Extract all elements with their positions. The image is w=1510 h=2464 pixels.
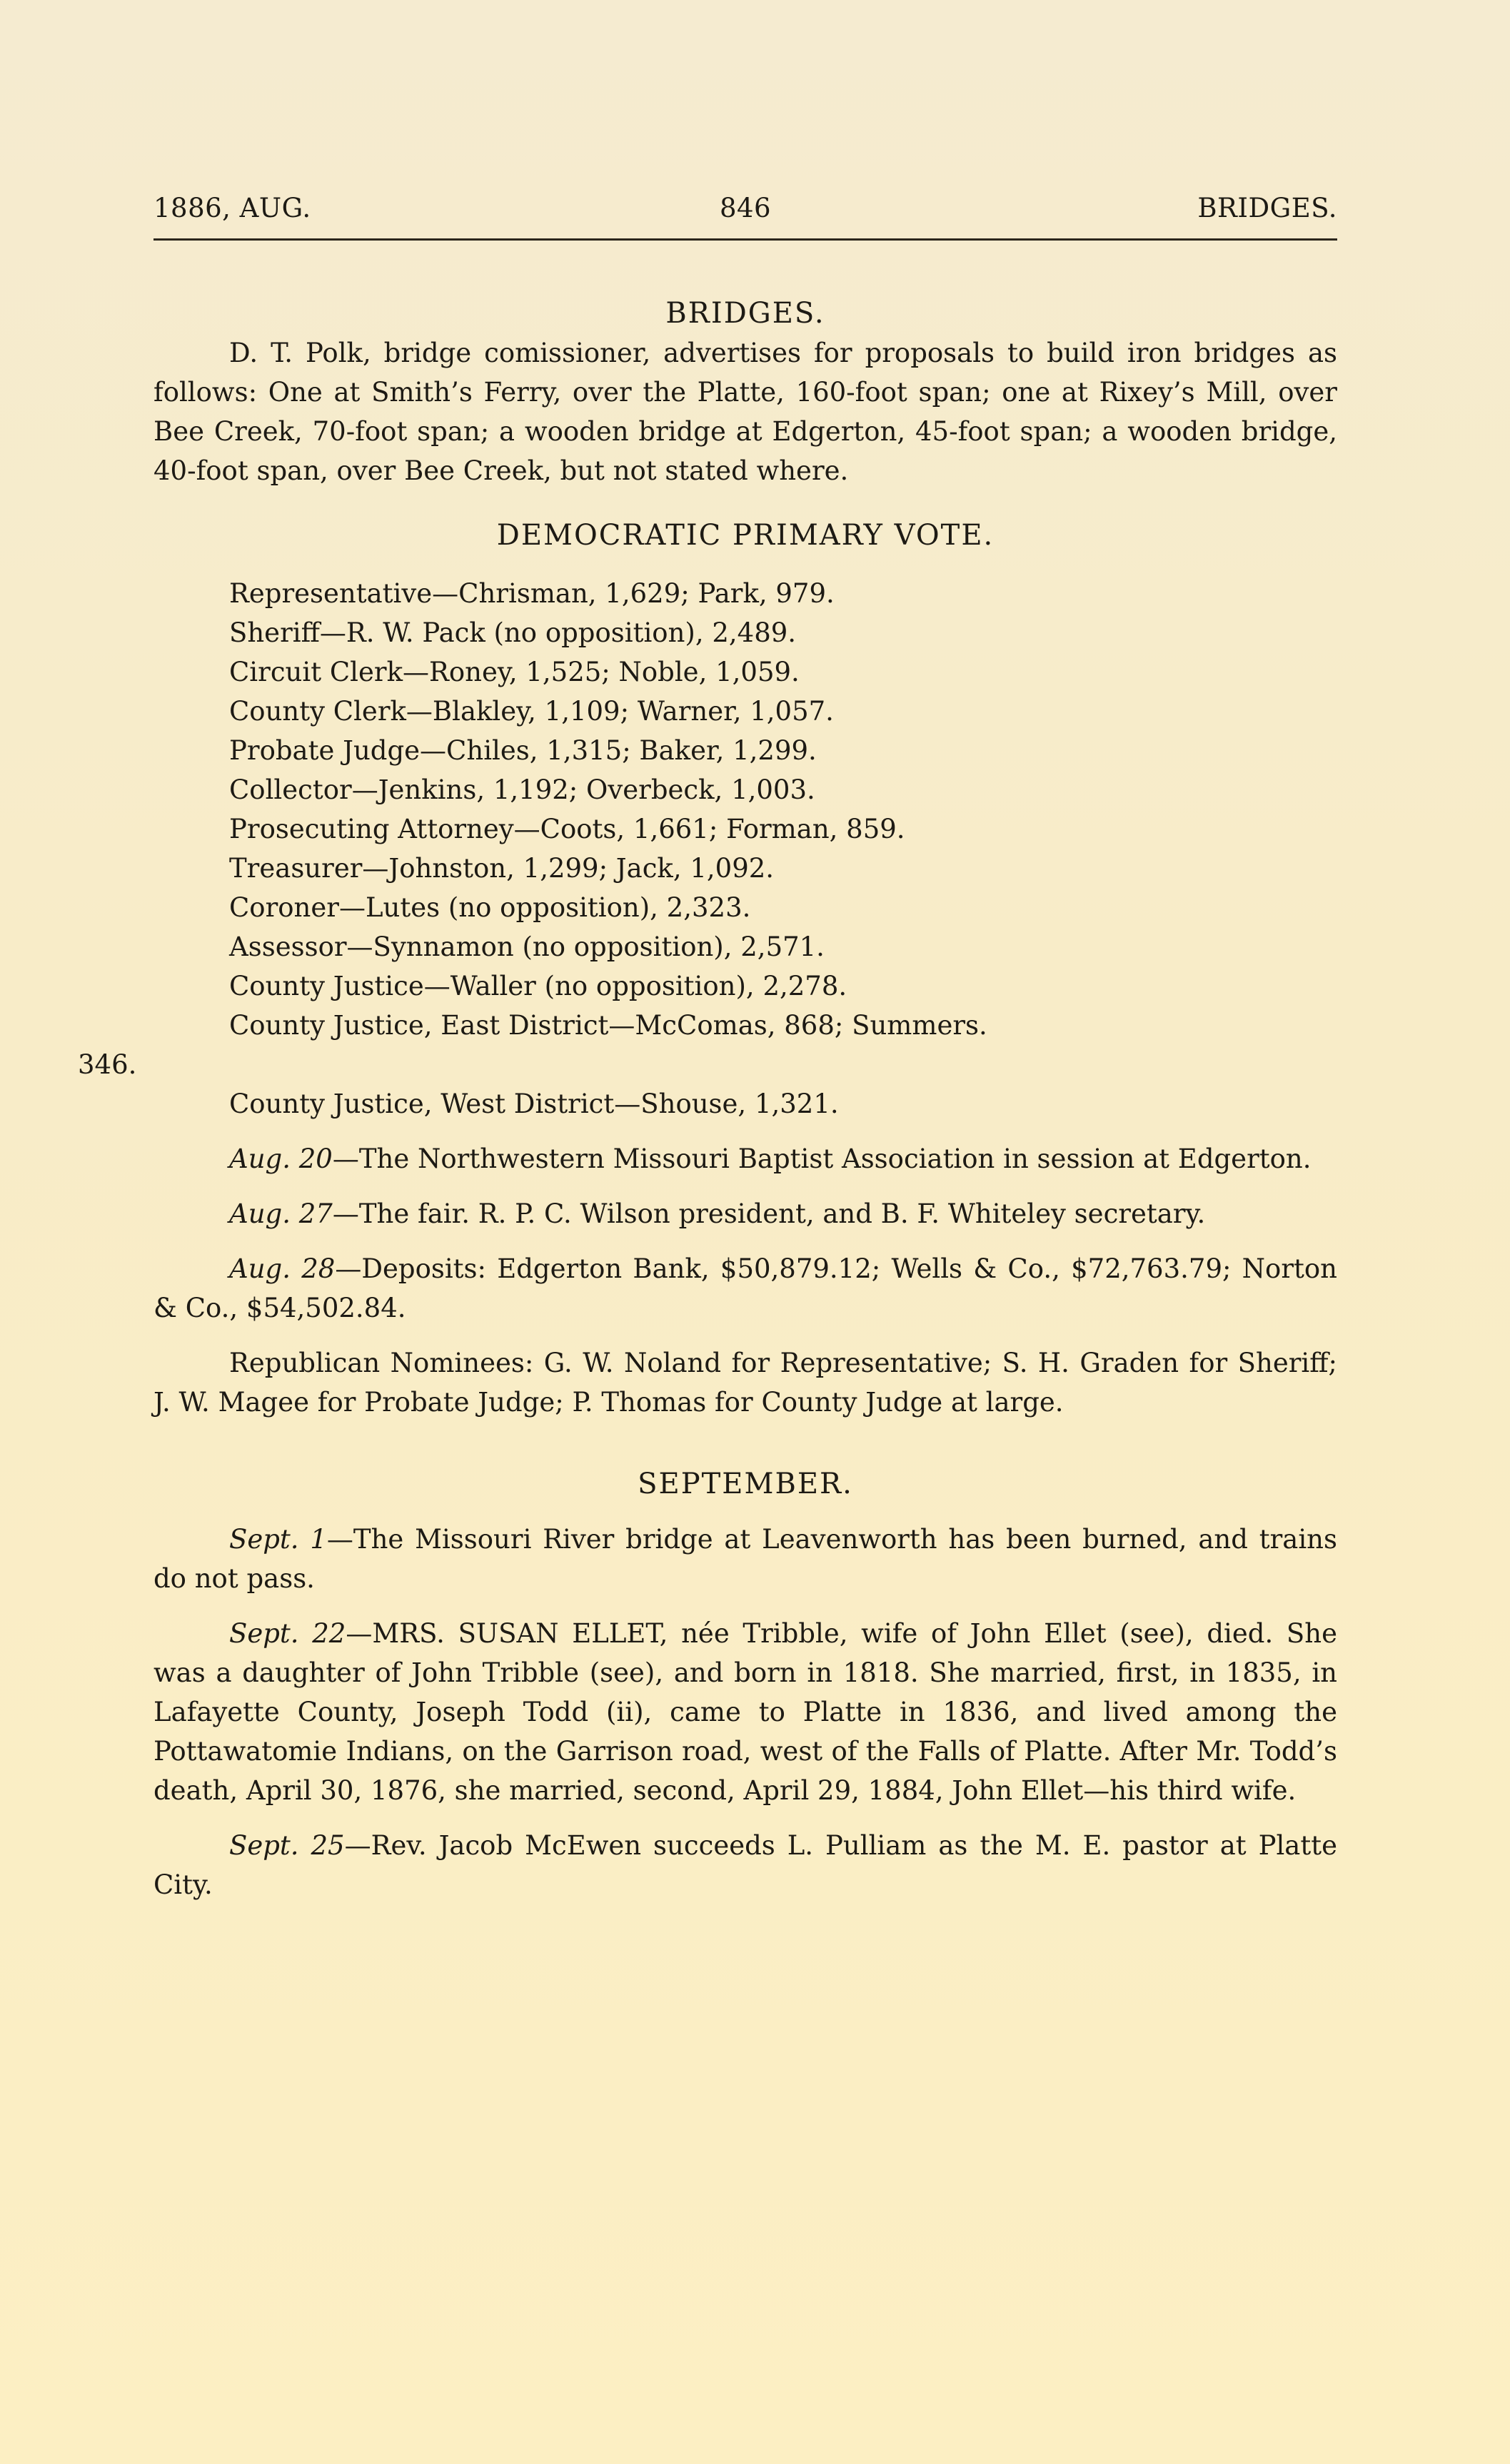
- vote-line-county-justice-east: County Justice, East District—McComas, 8…: [153, 1006, 1337, 1084]
- event-date: Sept. 25: [229, 1830, 345, 1861]
- democratic-vote-section: DEMOCRATIC PRIMARY VOTE. Representative—…: [153, 516, 1337, 1124]
- bridges-section: BRIDGES. D. T. Polk, bridge comissioner,…: [153, 294, 1337, 490]
- event-date: Sept. 1: [229, 1524, 327, 1555]
- event-aug-27: Aug. 27—The fair. R. P. C. Wilson presid…: [153, 1194, 1337, 1233]
- book-page: 1886, AUG. 846 BRIDGES. BRIDGES. D. T. P…: [153, 187, 1337, 1904]
- event-date: Sept. 22: [229, 1618, 346, 1649]
- event-date: Aug. 28: [229, 1253, 335, 1284]
- vote-line-assessor: Assessor—Synnamon (no opposition), 2,571…: [153, 927, 1337, 966]
- page-number: 846: [153, 187, 1337, 230]
- vote-list: Representative—Chrisman, 1,629; Park, 97…: [153, 574, 1337, 1124]
- event-sept-25: Sept. 25—Rev. Jacob McEwen succeeds L. P…: [153, 1826, 1337, 1904]
- vote-line-representative: Representative—Chrisman, 1,629; Park, 97…: [153, 574, 1337, 613]
- running-head: 1886, AUG. 846 BRIDGES.: [153, 187, 1337, 230]
- september-heading: SEPTEMBER.: [153, 1465, 1337, 1504]
- vote-line-prosecuting-attorney: Prosecuting Attorney—Coots, 1,661; Forma…: [153, 809, 1337, 849]
- vote-line-county-justice-west: County Justice, West District—Shouse, 1,…: [153, 1084, 1337, 1124]
- democratic-vote-heading: DEMOCRATIC PRIMARY VOTE.: [153, 516, 1337, 555]
- running-head-date: 1886, AUG.: [153, 187, 311, 230]
- vote-line-coroner: Coroner—Lutes (no opposition), 2,323.: [153, 888, 1337, 927]
- event-text: —The Northwestern Missouri Baptist Assoc…: [333, 1143, 1312, 1174]
- event-text: —The Missouri River bridge at Leavenwort…: [153, 1524, 1337, 1594]
- bridges-paragraph: D. T. Polk, bridge comissioner, advertis…: [153, 333, 1337, 490]
- event-sept-1: Sept. 1—The Missouri River bridge at Lea…: [153, 1520, 1337, 1598]
- vote-east-carry: 346.: [78, 1049, 136, 1080]
- vote-line-treasurer: Treasurer—Johnston, 1,299; Jack, 1,092.: [153, 849, 1337, 888]
- august-events: Aug. 20—The Northwestern Missouri Baptis…: [153, 1139, 1337, 1422]
- vote-line-collector: Collector—Jenkins, 1,192; Overbeck, 1,00…: [153, 770, 1337, 809]
- event-text: —The fair. R. P. C. Wilson president, an…: [333, 1198, 1205, 1229]
- event-aug-28: Aug. 28—Deposits: Edgerton Bank, $50,879…: [153, 1249, 1337, 1328]
- event-aug-20: Aug. 20—The Northwestern Missouri Baptis…: [153, 1139, 1337, 1178]
- vote-east-text: County Justice, East District—McComas, 8…: [229, 1010, 987, 1041]
- vote-line-county-clerk: County Clerk—Blakley, 1,109; Warner, 1,0…: [153, 692, 1337, 731]
- vote-line-probate-judge: Probate Judge—Chiles, 1,315; Baker, 1,29…: [153, 731, 1337, 770]
- vote-line-county-justice: County Justice—Waller (no opposition), 2…: [153, 966, 1337, 1006]
- event-date: Aug. 20: [229, 1143, 333, 1174]
- header-rule: [153, 238, 1337, 241]
- september-section: SEPTEMBER. Sept. 1—The Missouri River br…: [153, 1465, 1337, 1904]
- republican-nominees: Republican Nominees: G. W. Noland for Re…: [153, 1343, 1337, 1422]
- vote-line-sheriff: Sheriff—R. W. Pack (no opposition), 2,48…: [153, 613, 1337, 652]
- vote-line-circuit-clerk: Circuit Clerk—Roney, 1,525; Noble, 1,059…: [153, 652, 1337, 692]
- running-head-section: BRIDGES.: [1197, 187, 1337, 230]
- event-sept-22: Sept. 22—MRS. SUSAN ELLET, née Tribble, …: [153, 1614, 1337, 1810]
- event-date: Aug. 27: [229, 1198, 333, 1229]
- bridges-heading: BRIDGES.: [153, 294, 1337, 333]
